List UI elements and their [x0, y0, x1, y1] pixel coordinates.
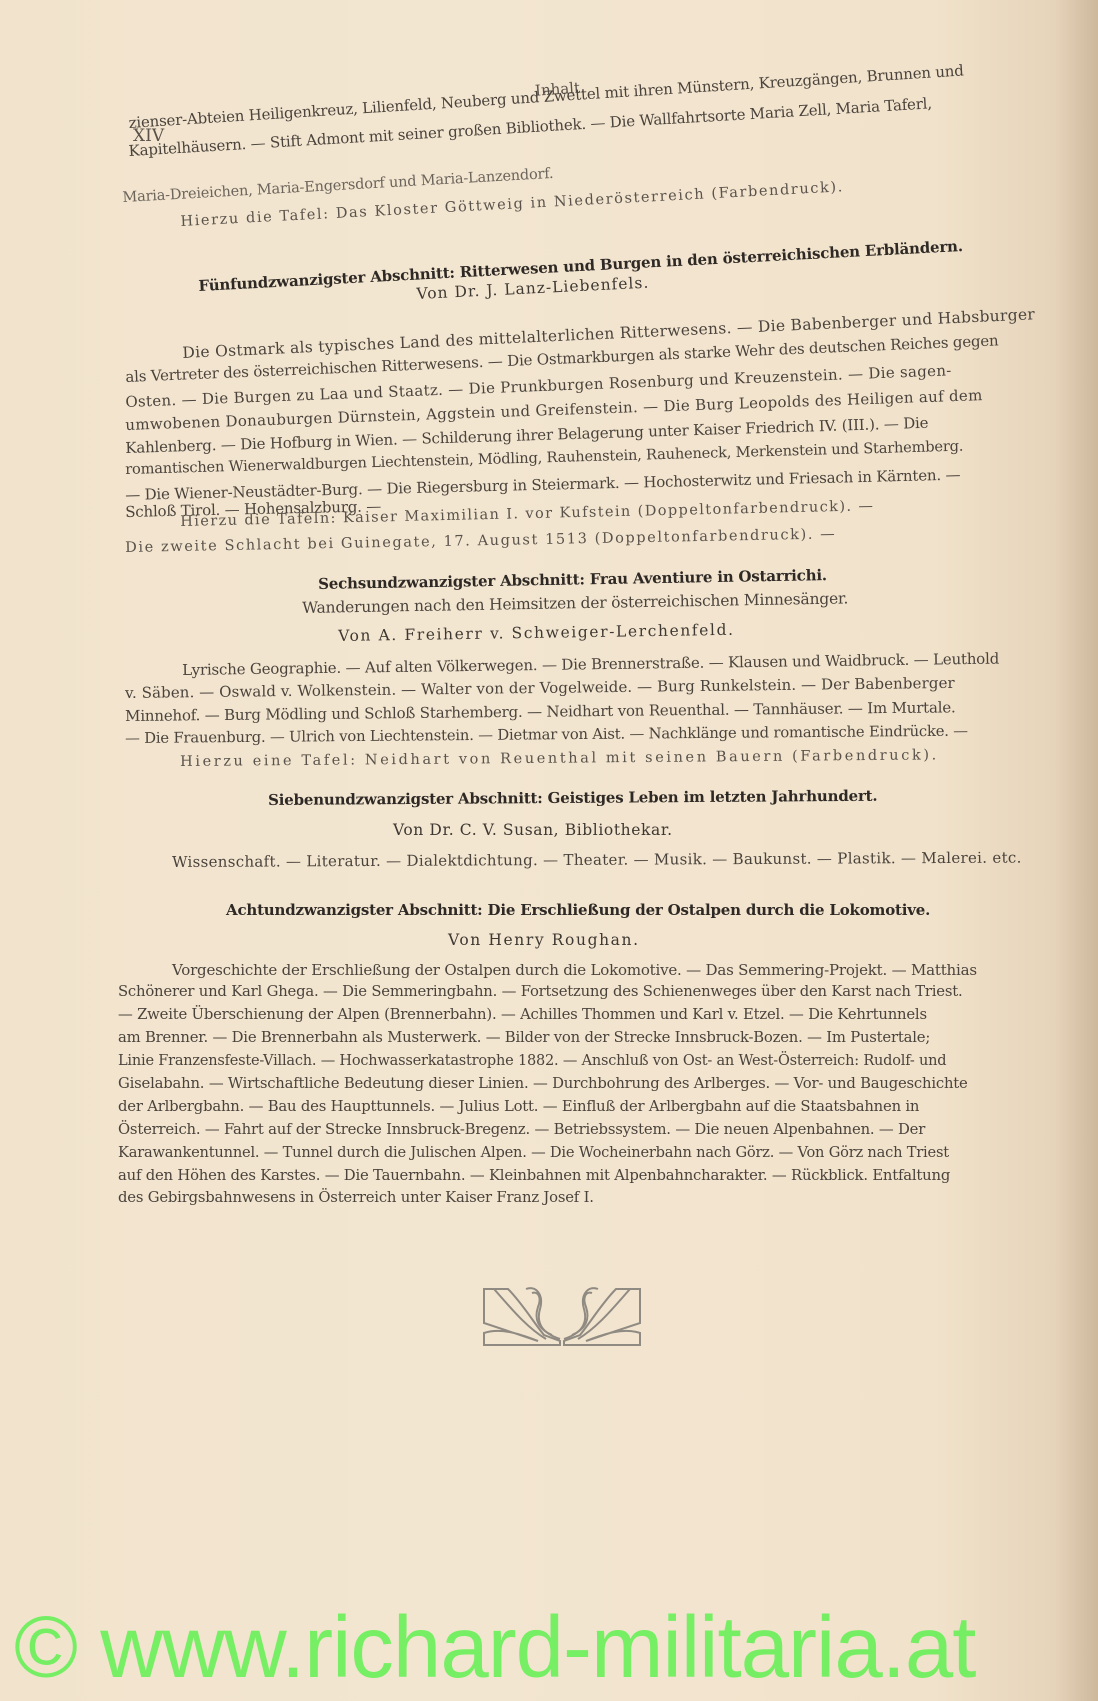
toc-line: Österreich. — Fahrt auf der Strecke Inns… [118, 1120, 925, 1140]
section-subtitle: Wanderungen nach den Heimsitzen der öste… [302, 588, 848, 618]
toc-line: auf den Höhen des Karstes. — Die Tauernb… [118, 1166, 950, 1186]
toc-line: Giselabahn. — Wirtschaftliche Bedeutung … [118, 1074, 968, 1094]
toc-line: Schönerer und Karl Ghega. — Die Semmerin… [118, 982, 963, 1002]
toc-line: des Gebirgsbahnwesens in Österreich unte… [118, 1188, 594, 1208]
toc-line: der Arlbergbahn. — Bau des Haupttunnels.… [118, 1097, 919, 1117]
section-heading: Siebenundzwanzigster Abschnitt: Geistige… [268, 786, 877, 810]
section-author: Von A. Freiherr v. Schweiger-Lerchenfeld… [338, 620, 735, 646]
copyright-watermark: © www.richard-militaria.at [14, 1598, 975, 1698]
toc-line: Vorgeschichte der Erschließung der Ostal… [172, 960, 977, 980]
art-nouveau-vignette-icon [482, 1283, 642, 1347]
toc-line: Minnehof. — Burg Mödling und Schloß Star… [125, 697, 956, 726]
toc-line: — Zweite Überschienung der Alpen (Brenne… [118, 1005, 927, 1025]
book-page: Inhalt. XIV zienser-Abteien Heiligenkreu… [0, 0, 1098, 1701]
toc-line: Linie Franzensfeste-Villach. — Hochwasse… [118, 1051, 946, 1071]
toc-line: am Brenner. — Die Brennerbahn als Muster… [118, 1028, 930, 1048]
toc-line: Wissenschaft. — Literatur. — Dialektdich… [172, 848, 1022, 872]
section-heading: Achtundzwanzigster Abschnitt: Die Erschl… [226, 900, 930, 920]
plate-line: Hierzu eine Tafel: Neidhart von Reuentha… [180, 745, 939, 772]
section-author: Von Henry Roughan. [448, 930, 640, 950]
toc-line: Karawankentunnel. — Tunnel durch die Jul… [118, 1143, 949, 1163]
toc-line: — Die Frauenburg. — Ulrich von Liechtens… [125, 722, 968, 749]
section-author: Von Dr. C. V. Susan, Bibliothekar. [393, 820, 673, 840]
